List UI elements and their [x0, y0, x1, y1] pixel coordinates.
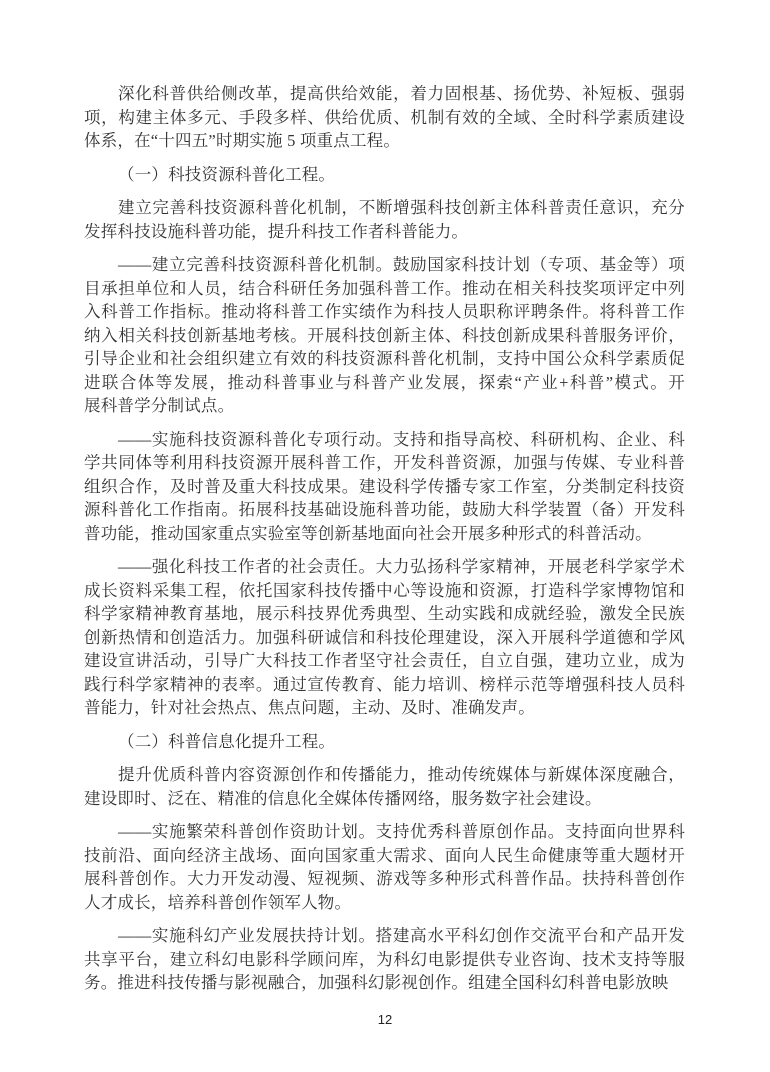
document-body: 深化科普供给侧改革，提高供给效能，着力固根基、扬优势、补短板、强弱项，构建主体多…	[84, 82, 685, 1005]
text-line: 纳入相关科技创新基地考核。开展科技创新主体、科技创新成果科普服务评价，	[84, 324, 685, 348]
paragraph: 建立完善科技资源科普化机制，不断增强科技创新主体科普责任意识，充分发挥科技设施科…	[84, 196, 685, 243]
text-line: 体系，在“十四五”时期实施 5 项重点工程。	[84, 129, 685, 153]
text-line: 入科普工作指标。推动将科普工作实绩作为科技人员职称评聘条件。将科普工作	[84, 300, 685, 324]
text-line: 组织合作，及时普及重大科技成果。建设科学传播专家工作室，分类制定科技资	[84, 475, 685, 499]
paragraph: ——强化科技工作者的社会责任。大力弘扬科学家精神，开展老科学家学术成长资料采集工…	[84, 555, 685, 720]
text-line: ——强化科技工作者的社会责任。大力弘扬科学家精神，开展老科学家学术	[84, 555, 685, 579]
paragraph: ——建立完善科技资源科普化机制。鼓励国家科技计划（专项、基金等）项目承担单位和人…	[84, 253, 685, 418]
text-line: 学共同体等利用科技资源开展科普工作，开发科普资源，加强与传媒、专业科普	[84, 451, 685, 475]
text-line: 务。推进科技传播与影视融合，加强科幻影视创作。组建全国科幻科普电影放映	[84, 971, 685, 995]
text-line: 展科普创作。大力开发动漫、短视频、游戏等多种形式科普作品。扶持科普创作	[84, 867, 685, 891]
text-line: 普能力，针对社会热点、焦点问题，主动、及时、准确发声。	[84, 696, 685, 720]
text-line: 提升优质科普内容资源创作和传播能力，推动传统媒体与新媒体深度融合，	[84, 763, 685, 787]
text-line: 成长资料采集工程，依托国家科技传播中心等设施和资源，打造科学家博物馆和	[84, 579, 685, 603]
text-line: （一）科技资源科普化工程。	[84, 163, 685, 187]
text-line: （二）科普信息化提升工程。	[84, 730, 685, 754]
text-line: 进联合体等发展，推动科普事业与科普产业发展，探索“产业+科普”模式。开	[84, 371, 685, 395]
text-line: 建设即时、泛在、精准的信息化全媒体传播网络，服务数字社会建设。	[84, 787, 685, 811]
text-line: 源科普化工作指南。拓展科技基础设施科普功能，鼓励大科学装置（备）开发科	[84, 498, 685, 522]
text-line: 人才成长，培养科普创作领军人物。	[84, 891, 685, 915]
text-line: ——实施科技资源科普化专项行动。支持和指导高校、科研机构、企业、科	[84, 428, 685, 452]
paragraph: （一）科技资源科普化工程。	[84, 163, 685, 187]
text-line: 展科普学分制试点。	[84, 394, 685, 418]
text-line: 创新热情和创造活力。加强科研诚信和科技伦理建设，深入开展科学道德和学风	[84, 626, 685, 650]
text-line: 深化科普供给侧改革，提高供给效能，着力固根基、扬优势、补短板、强弱	[84, 82, 685, 106]
text-line: ——实施科幻产业发展扶持计划。搭建高水平科幻创作交流平台和产品开发	[84, 924, 685, 948]
page-number: 12	[0, 1012, 770, 1027]
text-line: 普功能，推动国家重点实验室等创新基地面向社会开展多种形式的科普活动。	[84, 522, 685, 546]
document-page: 深化科普供给侧改革，提高供给效能，着力固根基、扬优势、补短板、强弱项，构建主体多…	[0, 0, 770, 1072]
text-line: 项，构建主体多元、手段多样、供给优质、机制有效的全域、全时科学素质建设	[84, 106, 685, 130]
text-line: 科学家精神教育基地，展示科技界优秀典型、生动实践和成就经验，激发全民族	[84, 602, 685, 626]
paragraph: ——实施科技资源科普化专项行动。支持和指导高校、科研机构、企业、科学共同体等利用…	[84, 428, 685, 546]
text-line: 技前沿、面向经济主战场、面向国家重大需求、面向人民生命健康等重大题材开	[84, 844, 685, 868]
text-line: 共享平台，建立科幻电影科学顾问库，为科幻电影提供专业咨询、技术支持等服	[84, 948, 685, 972]
text-line: ——实施繁荣科普创作资助计划。支持优秀科普原创作品。支持面向世界科	[84, 820, 685, 844]
text-line: 建设宣讲活动，引导广大科技工作者坚守社会责任，自立自强，建功立业，成为	[84, 649, 685, 673]
paragraph: ——实施繁荣科普创作资助计划。支持优秀科普原创作品。支持面向世界科技前沿、面向经…	[84, 820, 685, 914]
text-line: ——建立完善科技资源科普化机制。鼓励国家科技计划（专项、基金等）项	[84, 253, 685, 277]
paragraph: ——实施科幻产业发展扶持计划。搭建高水平科幻创作交流平台和产品开发共享平台，建立…	[84, 924, 685, 995]
text-line: 建立完善科技资源科普化机制，不断增强科技创新主体科普责任意识，充分	[84, 196, 685, 220]
text-line: 引导企业和社会组织建立有效的科技资源科普化机制，支持中国公众科学素质促	[84, 347, 685, 371]
text-line: 践行科学家精神的表率。通过宣传教育、能力培训、榜样示范等增强科技人员科	[84, 673, 685, 697]
text-line: 发挥科技设施科普功能，提升科技工作者科普能力。	[84, 220, 685, 244]
paragraph: （二）科普信息化提升工程。	[84, 730, 685, 754]
paragraph: 提升优质科普内容资源创作和传播能力，推动传统媒体与新媒体深度融合，建设即时、泛在…	[84, 763, 685, 810]
text-line: 目承担单位和人员，结合科研任务加强科普工作。推动在相关科技奖项评定中列	[84, 277, 685, 301]
paragraph: 深化科普供给侧改革，提高供给效能，着力固根基、扬优势、补短板、强弱项，构建主体多…	[84, 82, 685, 153]
